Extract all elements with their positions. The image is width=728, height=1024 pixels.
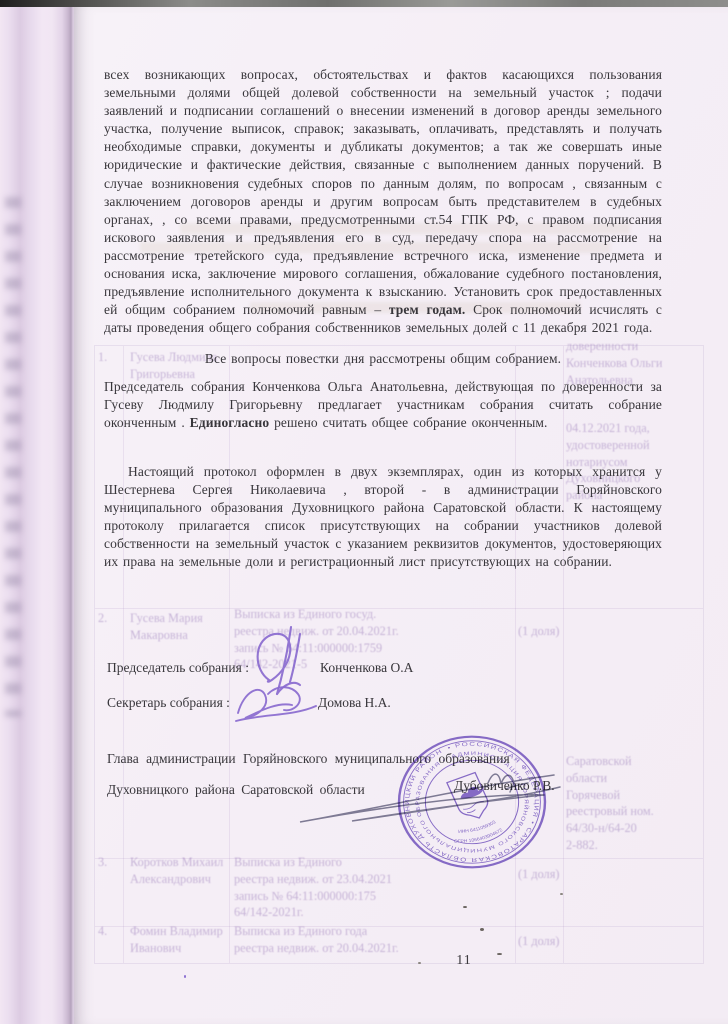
powers-term-bold: трем годам. xyxy=(389,302,466,317)
secretary-signature-label: Секретарь собрания : xyxy=(107,695,230,711)
ink-speck xyxy=(497,953,502,955)
ink-speck xyxy=(480,928,484,931)
ink-speck xyxy=(463,906,467,908)
admin-head-signature-ink xyxy=(292,759,574,837)
document-page: 1. Гусева Людмила Григорьевна довереннос… xyxy=(74,7,728,1024)
bleed-through-text: Выписка из Единого года реестра недвиж. … xyxy=(234,923,399,957)
bleed-through-text: 3. xyxy=(98,854,107,871)
bleed-through-text: (1 доля) xyxy=(518,933,559,950)
scanned-protocol-page: 1. Гусева Людмила Григорьевна довереннос… xyxy=(0,0,728,1024)
bleed-through-text: (1 доля) xyxy=(518,623,559,640)
closing-paragraph: Председатель собрания Конченкова Ольга А… xyxy=(104,378,662,432)
bleed-through-text: Коротков Михаил Александрович xyxy=(130,854,223,888)
ink-speck xyxy=(418,962,421,964)
chairman-signature-label: Председатель собрания : xyxy=(107,660,249,676)
secretary-signature-ink xyxy=(232,679,328,729)
bleed-through-text: Выписка из Единого реестра недвиж. от 23… xyxy=(234,854,392,921)
secretary-name: Домова Н.А. xyxy=(318,695,391,711)
ink-speck xyxy=(560,893,563,895)
bleed-through-left-text xyxy=(5,197,21,717)
closing-text-b: решено считать общее собрание оконченным… xyxy=(269,415,547,430)
resolution-line: Все вопросы повестки дня рассмотрены общ… xyxy=(104,350,662,368)
powers-text: всех возникающих вопросах, обстоятельств… xyxy=(104,67,662,317)
bleed-through-table xyxy=(94,345,704,964)
page-number: 11 xyxy=(374,953,554,969)
bleed-through-text: Фомин Владимир Иванович xyxy=(130,923,223,957)
chairman-name: Конченкова О.А xyxy=(320,660,413,676)
unanimous-bold: Единогласно xyxy=(190,415,270,430)
bleed-through-text: Саратовской области Горячевой реестровый… xyxy=(566,753,654,854)
pen-dot xyxy=(184,975,186,978)
bleed-through-text: Гусева Мария Макаровна xyxy=(130,610,203,644)
page-curl-left-edge xyxy=(0,7,74,1024)
bleed-through-text: 2. xyxy=(98,610,107,627)
copies-paragraph: Настоящий протокол оформлен в двух экзем… xyxy=(104,463,662,572)
bleed-through-text: 4. xyxy=(98,923,107,940)
body-paragraph-powers: всех возникающих вопросах, обстоятельств… xyxy=(104,66,662,337)
